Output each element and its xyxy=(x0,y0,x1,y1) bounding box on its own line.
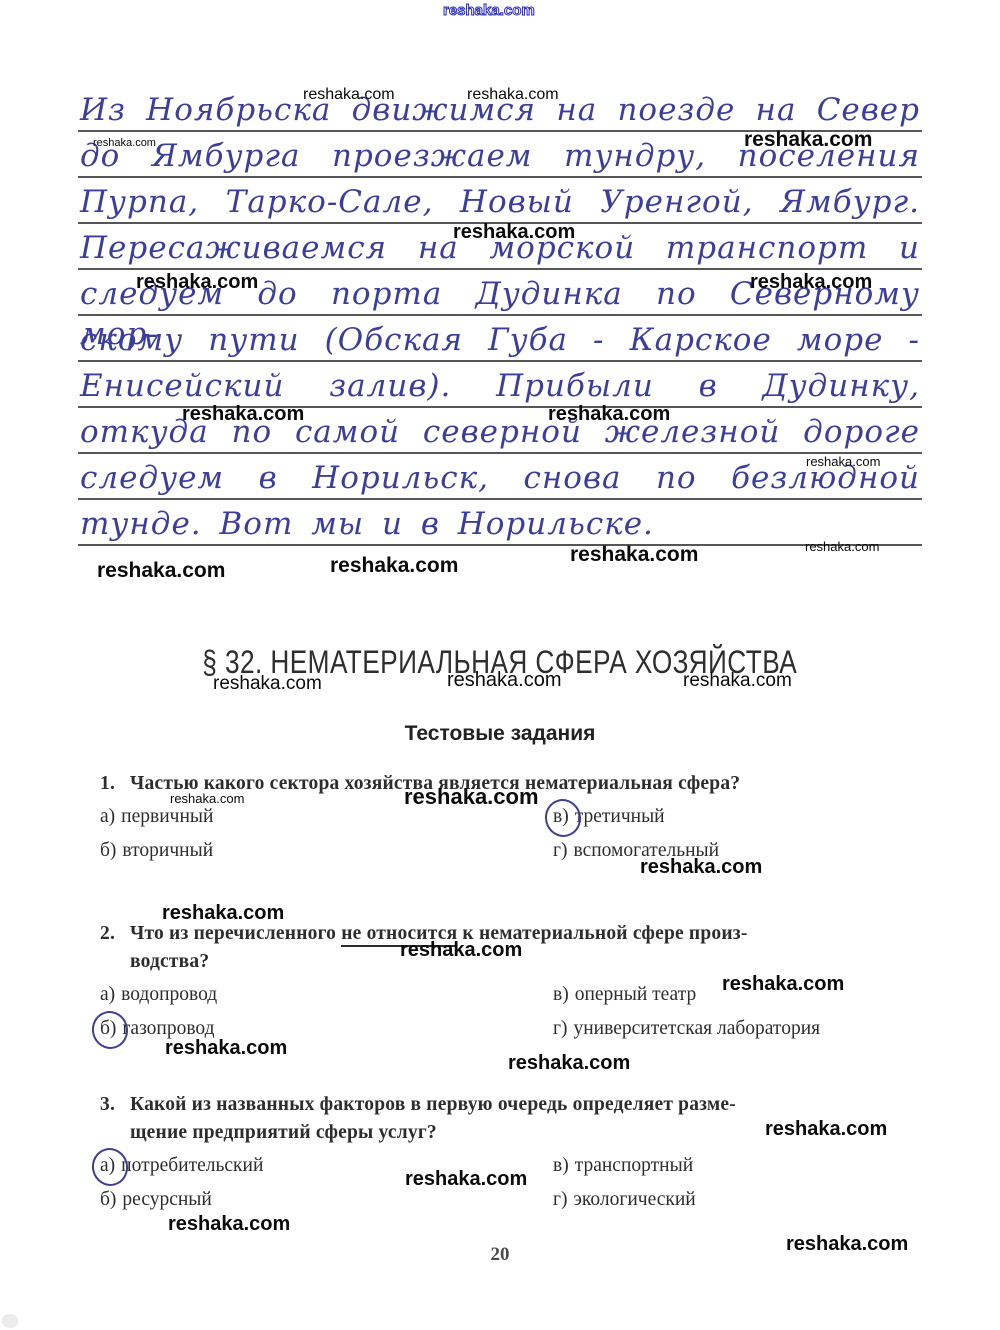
option-item: б) газопровод xyxy=(100,1018,553,1039)
ruled-line xyxy=(78,498,922,500)
option-letter-wrap: б) xyxy=(100,1018,116,1039)
option-letter: в) xyxy=(553,984,569,1005)
answer-circle xyxy=(88,1144,132,1190)
options: а) первичный б) вторичный в) третичный г… xyxy=(100,806,932,861)
option-label: первичный xyxy=(121,806,213,827)
watermark: reshaka.com xyxy=(93,138,156,149)
watermark: reshaka.com xyxy=(443,3,535,18)
option-item: а) водопровод xyxy=(100,984,553,1005)
option-item: в) транспортный xyxy=(553,1155,932,1176)
handwriting-line: Пурпа, Тарко-Сале, Новый Уренгой, Ямбург… xyxy=(80,182,920,222)
option-label: третичный xyxy=(575,806,665,827)
option-letter-wrap: а) xyxy=(100,1155,115,1176)
option-letter-wrap: г) xyxy=(553,1018,568,1039)
option-letter-wrap: в) xyxy=(553,984,569,1005)
option-letter: г) xyxy=(553,840,568,861)
option-letter: а) xyxy=(100,806,115,827)
option-label: экологический xyxy=(574,1189,696,1210)
watermark: reshaka.com xyxy=(303,87,395,103)
ruled-line xyxy=(78,268,922,270)
watermark: reshaka.com xyxy=(683,671,792,690)
question-number: 3. xyxy=(100,1091,115,1119)
question-number: 1. xyxy=(100,770,115,798)
option-label: транспортный xyxy=(575,1155,693,1176)
section-subheading: Тестовые задания xyxy=(0,722,1000,746)
option-label: университетская лаборатория xyxy=(574,1018,821,1039)
option-label: оперный театр xyxy=(575,984,697,1005)
watermark: reshaka.com xyxy=(168,1214,290,1234)
option-letter: г) xyxy=(553,1189,568,1210)
option-letter-wrap: в) xyxy=(553,806,569,827)
watermark: reshaka.com xyxy=(162,903,284,923)
watermark: reshaka.com xyxy=(570,544,698,565)
watermark: reshaka.com xyxy=(806,455,880,468)
handwriting-line: тунде. Вот мы и в Норильске. xyxy=(80,504,920,544)
option-letter-wrap: б) xyxy=(100,840,116,861)
option-letter: а) xyxy=(100,984,115,1005)
option-item: а) первичный xyxy=(100,806,553,827)
watermark: reshaka.com xyxy=(508,1053,630,1073)
option-letter-wrap: г) xyxy=(553,840,568,861)
watermark: reshaka.com xyxy=(744,129,872,150)
question-block: 3.Какой из названных факторов в первую о… xyxy=(100,1091,932,1210)
option-letter: г) xyxy=(553,1018,568,1039)
option-letter-wrap: а) xyxy=(100,806,115,827)
watermark: reshaka.com xyxy=(182,404,304,424)
handwriting-line: скому пути (Обская Губа - Карское море - xyxy=(80,320,920,360)
ruled-line xyxy=(78,360,922,362)
answer-circle xyxy=(541,795,585,841)
option-letter-wrap: г) xyxy=(553,1189,568,1210)
option-label: водопровод xyxy=(121,984,217,1005)
watermark: reshaka.com xyxy=(548,404,670,424)
question-text-line2: водства? xyxy=(130,951,209,972)
ruled-line xyxy=(78,314,922,316)
option-letter: в) xyxy=(553,1155,569,1176)
watermark: reshaka.com xyxy=(765,1119,887,1139)
question-text-pre: Какой из названных факторов в первую оче… xyxy=(130,1094,736,1115)
watermark: reshaka.com xyxy=(213,674,322,693)
watermark: reshaka.com xyxy=(404,786,539,808)
option-label: газопровод xyxy=(122,1018,214,1039)
ruled-line xyxy=(78,452,922,454)
ruled-line xyxy=(78,544,922,546)
watermark: reshaka.com xyxy=(805,540,879,553)
handwriting-line: Енисейский залив). Прибыли в Дудинку, xyxy=(80,366,920,406)
option-item: б) вторичный xyxy=(100,840,553,861)
option-label: потребительский xyxy=(121,1155,263,1176)
ruled-line xyxy=(78,176,922,178)
watermark: reshaka.com xyxy=(400,940,522,960)
watermark: reshaka.com xyxy=(453,222,575,242)
watermark: reshaka.com xyxy=(97,560,225,581)
answer-circle xyxy=(88,1007,132,1053)
question-number: 2. xyxy=(100,920,115,948)
option-item: г) университетская лаборатория xyxy=(553,1018,932,1039)
option-letter-wrap: в) xyxy=(553,1155,569,1176)
watermark: reshaka.com xyxy=(722,974,844,994)
watermark: reshaka.com xyxy=(165,1038,287,1058)
option-letter: б) xyxy=(100,1189,116,1210)
question-text-line2: щение предприятий сферы услуг? xyxy=(130,1122,437,1143)
watermark: reshaka.com xyxy=(467,87,559,103)
corner-smudge xyxy=(2,1314,18,1328)
option-label: вторичный xyxy=(122,840,213,861)
watermark: reshaka.com xyxy=(330,555,458,576)
watermark: reshaka.com xyxy=(136,272,258,292)
watermark: reshaka.com xyxy=(405,1169,527,1189)
option-item: г) экологический xyxy=(553,1189,932,1210)
page-number: 20 xyxy=(0,1244,1000,1266)
option-letter-wrap: а) xyxy=(100,984,115,1005)
option-letter-wrap: б) xyxy=(100,1189,116,1210)
watermark: reshaka.com xyxy=(170,792,244,805)
watermark: reshaka.com xyxy=(447,670,562,690)
option-item: б) ресурсный xyxy=(100,1189,553,1210)
handwriting-line: следуем в Норильск, снова по безлюдной xyxy=(80,458,920,498)
watermark: reshaka.com xyxy=(750,272,872,292)
scanned-workbook-page: Из Ноябрьска движимся на поезде на Север… xyxy=(0,0,1000,1330)
question-text-pre: Что из перечисленного xyxy=(130,923,341,944)
option-letter: б) xyxy=(100,840,116,861)
option-item: в) третичный xyxy=(553,806,932,827)
option-label: ресурсный xyxy=(122,1189,211,1210)
watermark: reshaka.com xyxy=(640,857,762,877)
